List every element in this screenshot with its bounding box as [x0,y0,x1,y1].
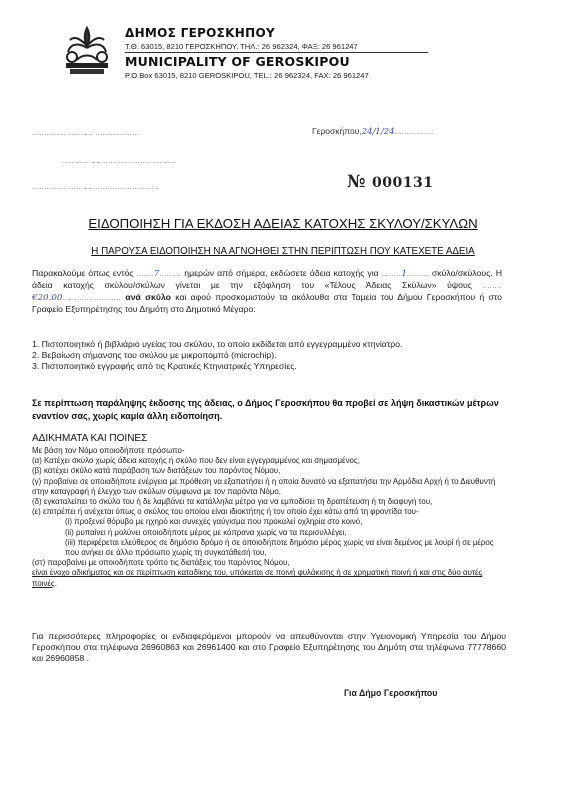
fee-value: €20.00 [32,293,62,303]
offences-section: Με βάση τον Νόμο οποιοδήποτε πρόσωπο- (α… [32,446,506,589]
penalty-text: είναι ένοχο αδικήματος και σε περίπτωση … [32,568,482,587]
request-paragraph: Παρακαλούμε όπως εντός .......7.........… [32,268,502,315]
offence-item: (α) Κατέχει σκύλο χωρίς άδεια κατοχής ή … [32,456,506,466]
requirement-item: 2. Βεβαίωση σήμανσης του σκύλου με μικρο… [32,350,502,361]
offence-item: (ε) επιτρέπει ή ανέχεται όπως ο σκύλος τ… [32,507,506,517]
greek-palmette-emblem-icon [62,24,112,76]
requirements-list: 1. Πιστοποιητικό ή βιβλιάριο υγείας του … [32,339,502,372]
recipient-line-1: .............. .......... ..............… [32,130,140,137]
offence-item: (δ) εγκαταλείπει το σκύλο του ή δε λαμβά… [32,497,506,507]
offences-heading: ΑΔΙΚΗΜΑΤΑ ΚΑΙ ΠΟΙΝΕΣ [32,433,147,444]
requirement-item: 3. Πιστοποιητικό εγγραφής από τις Κρατικ… [32,361,502,372]
recipient-line-2: ........................................… [62,158,177,165]
handwritten-date: 24/1/24 [362,127,395,137]
offence-subitem: (i) προξενεί θόρυβο με ηχηρό και συνεχές… [32,517,506,527]
municipality-name-greek: ΔΗΜΟΣ ΓΕΡΟΣΚΗΠΟΥ [125,26,275,40]
offence-item: (β) κατέχει σκύλο κατά παράβαση των διατ… [32,466,506,476]
document-number-value: 000131 [372,175,433,191]
date-dots: ................ [395,129,434,136]
offence-item: (στ) παραβαίνει με οποιοδήποτε τρόπο τις… [32,558,506,568]
legal-warning: Σε περίπτωση παράληψης έκδοσης της άδεια… [32,397,502,422]
municipality-name-english: MUNICIPALITY OF GEROSKIPOU [125,54,350,69]
municipality-contact-english: P.O.Box 63015, 8210 GEROSKIPOU, TEL.: 26… [125,71,369,80]
offence-item: (γ) προβαίνει σε οποιαδήποτε ενέργεια με… [32,477,506,497]
place-label: Γεροσκήπου, [312,126,362,136]
offence-subitem: (iii) περιφέρεται ελεύθερος σε δημόσιο δ… [32,538,506,558]
offences-intro: Με βάση τον Νόμο οποιοδήποτε πρόσωπο- [32,446,506,456]
place-date: Γεροσκήπου,24/1/24................ [312,126,434,137]
recipient-line-3: ........................................… [32,184,159,191]
document-number: №000131 [347,172,433,192]
numero-sign: № [347,172,366,192]
signature-line: Για Δήμο Γεροσκήπου [344,688,437,698]
document-title: ΕΙΔΟΠΟΙΗΣΗ ΓΙΑ ΕΚΔΟΣΗ ΑΔΕΙΑΣ ΚΑΤΟΧΗΣ ΣΚΥ… [0,216,566,231]
document-subtitle: Η ΠΑΡΟΥΣΑ ΕΙΔΟΠΟΙΗΣΗ ΝΑ ΑΓΝΟΗΘΕΙ ΣΤΗΝ ΠΕ… [0,246,566,257]
requirement-item: 1. Πιστοποιητικό ή βιβλιάριο υγείας του … [32,339,502,350]
municipality-contact-greek: Τ.Θ. 63015, 8210 ΓΕΡΟΣΚΗΠΟΥ, ΤΗΛ.: 26 96… [125,42,428,53]
contact-info-paragraph: Για περισσότερες πληροφορίες οι ενδιαφερ… [32,631,506,664]
offence-subitem: (ii) ρυπαίνει ή μολύνει οποιοδήποτε μέρο… [32,528,506,538]
